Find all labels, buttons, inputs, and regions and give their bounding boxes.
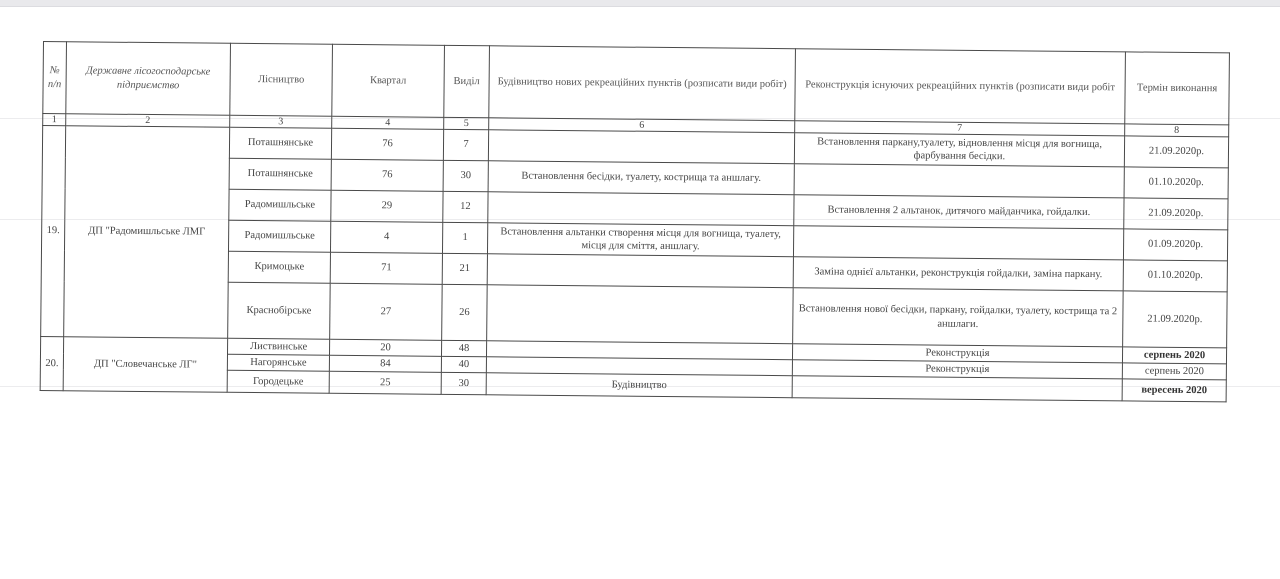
header-forestry: Лісництво: [230, 43, 333, 116]
deadline-cell: 21.09.2020р.: [1124, 198, 1228, 230]
new-construction-cell: [487, 254, 793, 288]
division-cell: 30: [443, 160, 488, 191]
new-construction-cell: [487, 285, 794, 344]
recreation-points-table: № п/п Державне лісогосподарське підприєм…: [40, 41, 1230, 402]
quarter-cell: 4: [330, 221, 442, 253]
forestry-cell: Радомишльське: [229, 189, 331, 221]
reconstruction-cell: [793, 226, 1123, 260]
header-row: № п/п Державне лісогосподарське підприєм…: [43, 42, 1230, 125]
quarter-cell: 84: [329, 355, 441, 372]
header-reconstruction: Реконструкція існуючих рекреаційних пунк…: [795, 49, 1126, 124]
quarter-cell: 27: [330, 283, 443, 340]
column-index: 1: [43, 114, 66, 126]
new-construction-cell: Встановлення альтанки створення місця дл…: [487, 223, 793, 257]
deadline-cell: 21.09.2020р.: [1124, 136, 1228, 168]
forestry-cell: Поташнянське: [229, 127, 331, 159]
deadline-cell: 01.09.2020р.: [1123, 229, 1227, 261]
reconstruction-cell: [794, 164, 1124, 198]
group-number: 20.: [40, 336, 64, 390]
header-enterprise: Державне лісогосподарське підприємство: [66, 42, 231, 116]
header-deadline: Термін виконання: [1125, 52, 1230, 125]
deadline-cell: серпень 2020: [1122, 363, 1226, 380]
forestry-cell: Кримоцьке: [228, 251, 330, 283]
deadline-cell: вересень 2020: [1122, 379, 1226, 402]
header-new-construction: Будівництво нових рекреаційних пунктів (…: [489, 46, 796, 121]
division-cell: 1: [442, 222, 487, 253]
division-cell: 26: [442, 284, 488, 340]
forestry-cell: Городецьке: [227, 370, 329, 393]
deadline-cell: серпень 2020: [1122, 347, 1226, 364]
forestry-cell: Радомишльське: [228, 220, 330, 252]
enterprise-name: ДП "Радомишльське ЛМГ: [64, 126, 230, 339]
viewer-top-strip: [0, 0, 1280, 7]
quarter-cell: 71: [330, 252, 442, 284]
deadline-cell: 01.10.2020р.: [1124, 167, 1228, 199]
group-number: 19.: [41, 126, 66, 337]
column-index: 5: [444, 117, 489, 129]
forestry-cell: Краснобірське: [228, 282, 331, 339]
deadline-cell: 01.10.2020р.: [1123, 260, 1227, 292]
division-cell: 21: [442, 253, 487, 284]
quarter-cell: 76: [331, 159, 443, 191]
reconstruction-cell: Встановлення паркану,туалету, відновленн…: [794, 133, 1124, 167]
reconstruction-cell: [792, 376, 1122, 401]
quarter-cell: 20: [329, 339, 441, 356]
division-cell: 30: [441, 372, 486, 394]
new-construction-cell: Встановлення бесідки, туалету, кострища …: [488, 161, 794, 195]
forestry-cell: Листвинське: [228, 338, 330, 355]
column-index: 4: [332, 116, 444, 129]
header-quarter: Квартал: [332, 44, 445, 117]
column-index: 8: [1125, 124, 1229, 137]
enterprise-name: ДП "Словечанське ЛГ": [63, 337, 228, 393]
forestry-cell: Поташнянське: [229, 158, 331, 190]
division-cell: 40: [441, 356, 486, 372]
new-construction-cell: Будівництво: [486, 373, 792, 398]
header-division: Виділ: [444, 45, 490, 117]
division-cell: 7: [443, 129, 488, 160]
quarter-cell: 25: [329, 371, 441, 394]
reconstruction-cell: Заміна однієї альтанки, реконструкція го…: [793, 257, 1123, 291]
quarter-cell: 76: [331, 128, 443, 160]
header-num: № п/п: [43, 42, 67, 114]
reconstruction-cell: Встановлення нової бесідки, паркану, гой…: [793, 288, 1124, 347]
column-index: 3: [230, 115, 332, 128]
new-construction-cell: [488, 130, 794, 164]
division-cell: 12: [443, 191, 488, 222]
forestry-cell: Нагорянське: [227, 354, 329, 371]
division-cell: 48: [441, 340, 486, 356]
deadline-cell: 21.09.2020р.: [1123, 291, 1228, 348]
scanned-document: № п/п Державне лісогосподарське підприєм…: [40, 41, 1230, 402]
quarter-cell: 29: [331, 190, 443, 222]
new-construction-cell: [488, 192, 794, 226]
reconstruction-cell: Встановлення 2 альтанок, дитячого майдан…: [794, 195, 1124, 229]
